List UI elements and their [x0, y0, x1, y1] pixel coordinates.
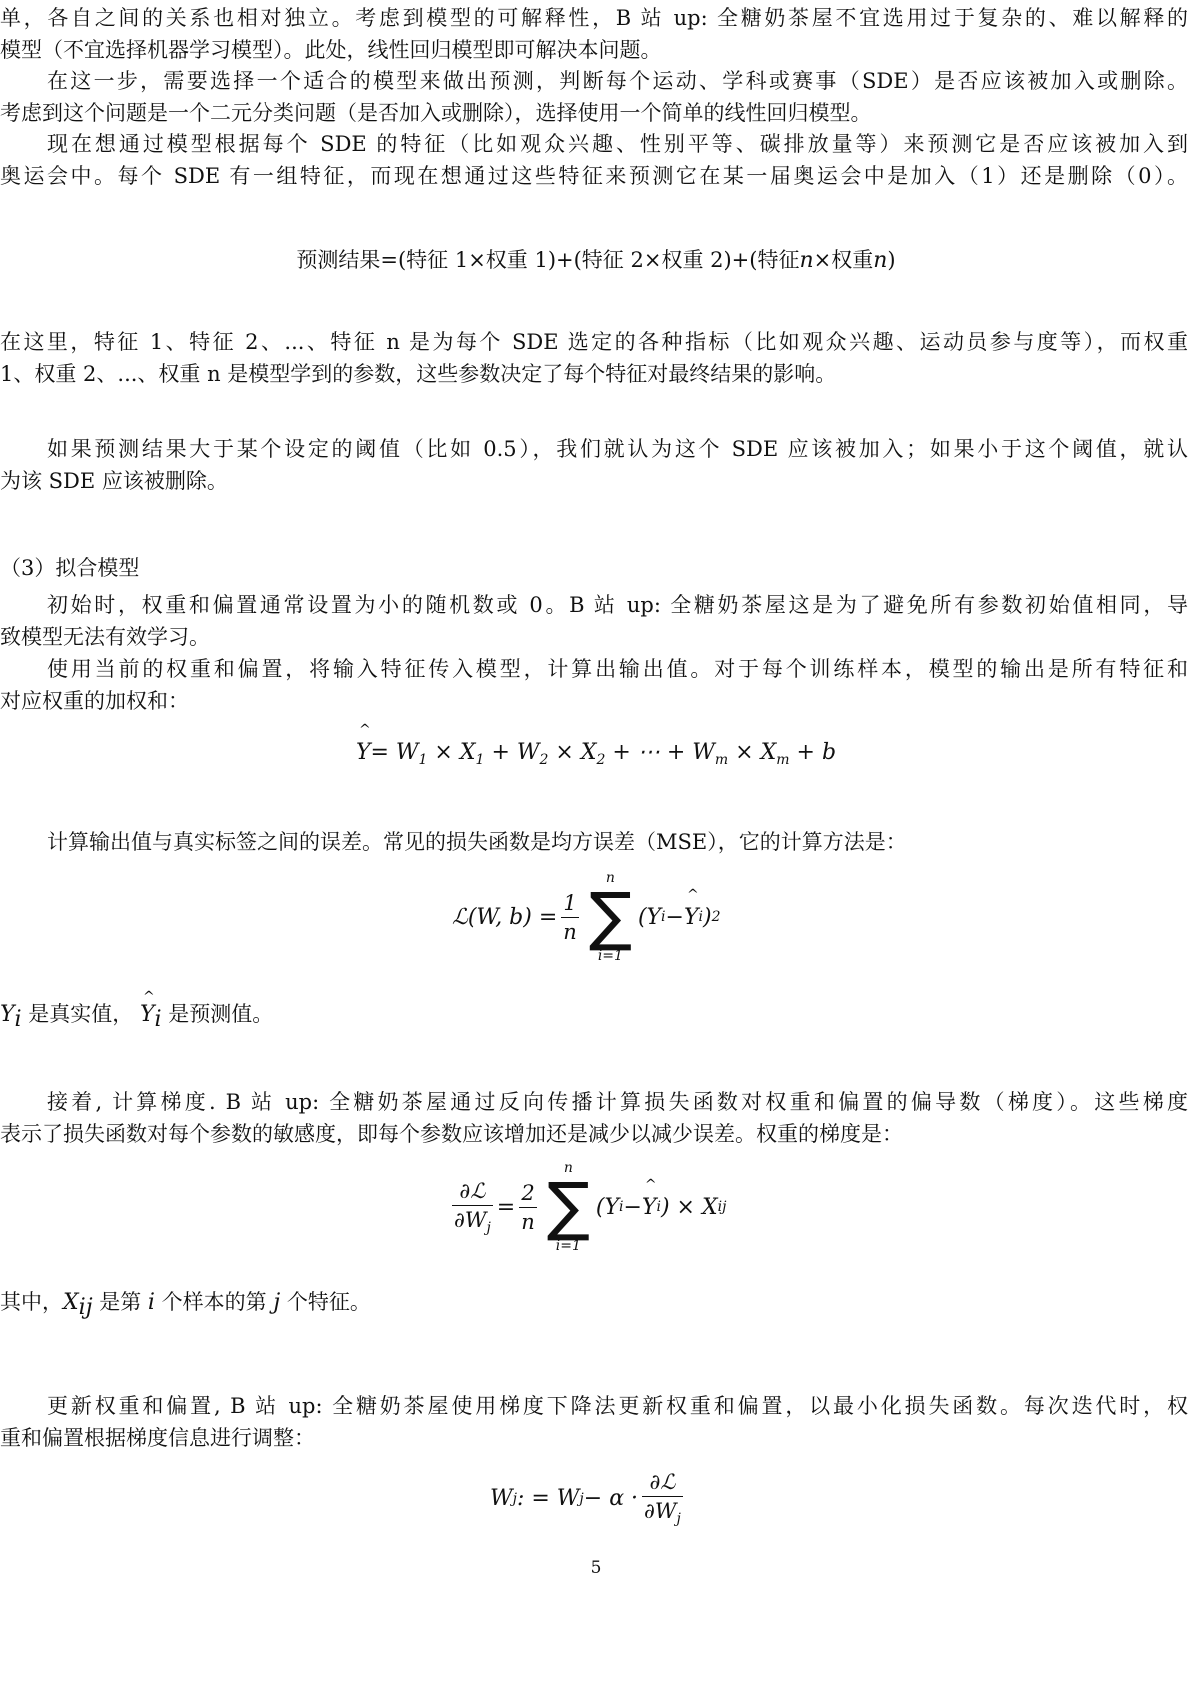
numerator: ∂ℒ — [647, 1470, 677, 1494]
fraction: 1 n — [561, 891, 579, 944]
numerator: 1 — [561, 891, 578, 915]
formula-part: × X — [728, 740, 776, 765]
formula-part: + ⋯ + W — [605, 740, 714, 765]
formula-part: − — [623, 1195, 641, 1220]
page-number: 5 — [0, 1558, 1192, 1578]
formula-part: × X — [427, 740, 475, 765]
fraction-bar — [561, 917, 579, 918]
var-i: i — [148, 1290, 155, 1315]
sum-lower: i=1 — [556, 1238, 581, 1254]
formula-part: ) × X — [661, 1195, 718, 1220]
formula-part: + W — [484, 740, 539, 765]
fraction-bar — [642, 1496, 683, 1497]
y-hat: Y — [684, 905, 699, 930]
denominator: ∂Wj — [642, 1499, 683, 1527]
formula-part: ∂W — [644, 1499, 676, 1523]
variable-definition-line: Yi 是真实值， Yi 是预测值。 — [0, 1000, 273, 1034]
text-part: 其中， — [0, 1290, 63, 1314]
fraction: ∂ℒ ∂Wj — [642, 1470, 683, 1527]
sigma-icon: ∑ — [589, 886, 632, 948]
text-part: 个样本的第 — [162, 1290, 267, 1314]
update-formula: Wj: = Wj − α · ∂ℒ ∂Wj — [490, 1470, 687, 1527]
body-text-line: 接着, 计算梯度. B 站 up: 全糖奶茶屋通过反向传播计算损失函数对权重和偏… — [47, 1088, 1188, 1116]
y-hat: Y — [140, 1001, 155, 1029]
body-text-line: 现在想通过模型根据每个 SDE 的特征（比如观众兴趣、性别平等、碳排放量等）来预… — [47, 130, 1188, 158]
y-hat: Y — [642, 1195, 657, 1220]
formula-part: ∂W — [454, 1208, 486, 1232]
body-text-line: 在这里，特征 1、特征 2、...、特征 n 是为每个 SDE 选定的各种指标（… — [0, 328, 1188, 356]
denominator: n — [561, 920, 579, 944]
body-text-line: 奥运会中。每个 SDE 有一组特征，而现在想通过这些特征来预测它在某一届奥运会中… — [0, 162, 1188, 190]
loss-lhs: ℒ(W, b) = — [452, 905, 557, 930]
body-text-line: 重和偏置根据梯度信息进行调整： — [0, 1424, 315, 1452]
formula-part: (Y — [638, 905, 661, 930]
formula-part: + b — [790, 740, 837, 765]
formula-suffix: ) — [887, 248, 895, 272]
body-text-line: 对应权重的加权和： — [0, 687, 189, 715]
body-text-line: 模型（不宜选择机器学习模型）。此处，线性回归模型即可解决本问题。 — [0, 36, 662, 64]
subscript: i — [154, 1007, 161, 1032]
subscript: j — [677, 1511, 681, 1527]
var-y: Y — [0, 1002, 15, 1027]
body-text-line: 考虑到这个问题是一个二元分类问题（是否加入或删除），选择使用一个简单的线性回归模… — [0, 99, 872, 127]
body-text-line: 使用当前的权重和偏置，将输入特征传入模型，计算出输出值。对于每个训练样本，模型的… — [47, 655, 1188, 683]
body-text-line: 单，各自之间的关系也相对独立。考虑到模型的可解释性，B 站 up: 全糖奶茶屋不… — [0, 4, 1188, 32]
var-j: j — [273, 1290, 280, 1315]
summation: n ∑ i=1 — [547, 1160, 590, 1254]
text-part: 是预测值。 — [168, 1002, 273, 1026]
body-text-line: 1、权重 2、...、权重 n 是模型学到的参数，这些参数决定了每个特征对最终结… — [0, 360, 836, 388]
formula-part: = W — [370, 740, 418, 765]
superscript: 2 — [712, 909, 721, 925]
formula-var-n: n — [799, 248, 813, 273]
body-text-line: 在这一步，需要选择一个适合的模型来做出预测，判断每个运动、学科或赛事（SDE）是… — [47, 67, 1188, 95]
denominator: ∂Wj — [452, 1208, 493, 1236]
formula-mid: ×权重 — [814, 248, 874, 272]
gradient-formula: ∂ℒ ∂Wj = 2 n n ∑ i=1 (Yi − Yi) × Xij — [448, 1160, 726, 1254]
body-text-line: 致模型无法有效学习。 — [0, 623, 210, 651]
body-text-line: 为该 SDE 应该被删除。 — [0, 467, 228, 495]
denominator: n — [519, 1210, 537, 1234]
summation: n ∑ i=1 — [589, 870, 632, 964]
section-heading: （3）拟合模型 — [0, 554, 139, 582]
numerator: ∂ℒ — [457, 1179, 487, 1203]
subscript: m — [776, 752, 789, 768]
fraction-bar — [452, 1205, 493, 1206]
sum-lower: i=1 — [598, 948, 623, 964]
formula-part: − α · — [584, 1486, 638, 1511]
formula-part: : = W — [517, 1486, 579, 1511]
numerator: 2 — [519, 1181, 536, 1205]
formula-prefix: 预测结果=(特征 1×权重 1)+(特征 2×权重 2)+(特征 — [296, 248, 799, 272]
formula-part: × X — [548, 740, 596, 765]
body-text-line: 表示了损失函数对每个参数的敏感度，即每个参数应该增加还是减少以减少误差。权重的梯… — [0, 1120, 903, 1148]
text-part: 是真实值， — [28, 1002, 133, 1026]
body-text-line: 更新权重和偏置, B 站 up: 全糖奶茶屋使用梯度下降法更新权重和偏置，以最小… — [47, 1392, 1188, 1420]
fraction-bar — [519, 1207, 537, 1208]
formula-var-n: n — [873, 248, 887, 273]
formula-part: (Y — [596, 1195, 619, 1220]
sigma-icon: ∑ — [547, 1176, 590, 1238]
subscript: j — [486, 1220, 490, 1236]
text-part: 是第 — [99, 1290, 141, 1314]
body-text-line: 计算输出值与真实标签之间的误差。常见的损失函数是均方误差（MSE），它的计算方法… — [47, 828, 907, 856]
body-text-line: 初始时，权重和偏置通常设置为小的随机数或 0。B 站 up: 全糖奶茶屋这是为了… — [47, 591, 1188, 619]
subscript: ij — [718, 1199, 727, 1215]
formula-part: − — [666, 905, 684, 930]
formula-part: ) — [703, 905, 712, 930]
subscript: m — [715, 752, 728, 768]
fraction: ∂ℒ ∂Wj — [452, 1179, 493, 1236]
variable-definition-line: 其中，Xij 是第 i 个样本的第 j 个特征。 — [0, 1288, 371, 1322]
equals: = — [497, 1195, 515, 1220]
fraction: 2 n — [519, 1181, 537, 1234]
var-x: X — [63, 1290, 79, 1315]
formula-part: W — [490, 1486, 513, 1511]
linear-model-formula: Y= W1 × X1 + W2 × X2 + ⋯ + Wm × Xm + b — [0, 740, 1192, 768]
prediction-formula: 预测结果=(特征 1×权重 1)+(特征 2×权重 2)+(特征n×权重n) — [0, 244, 1192, 274]
subscript: i — [15, 1007, 22, 1032]
subscript: ij — [79, 1295, 93, 1320]
text-part: 个特征。 — [287, 1290, 371, 1314]
body-text-line: 如果预测结果大于某个设定的阈值（比如 0.5），我们就认为这个 SDE 应该被加… — [47, 435, 1188, 463]
mse-formula: ℒ(W, b) = 1 n n ∑ i=1 (Yi − Yi)2 — [452, 870, 721, 964]
y-hat: Y — [356, 740, 371, 765]
